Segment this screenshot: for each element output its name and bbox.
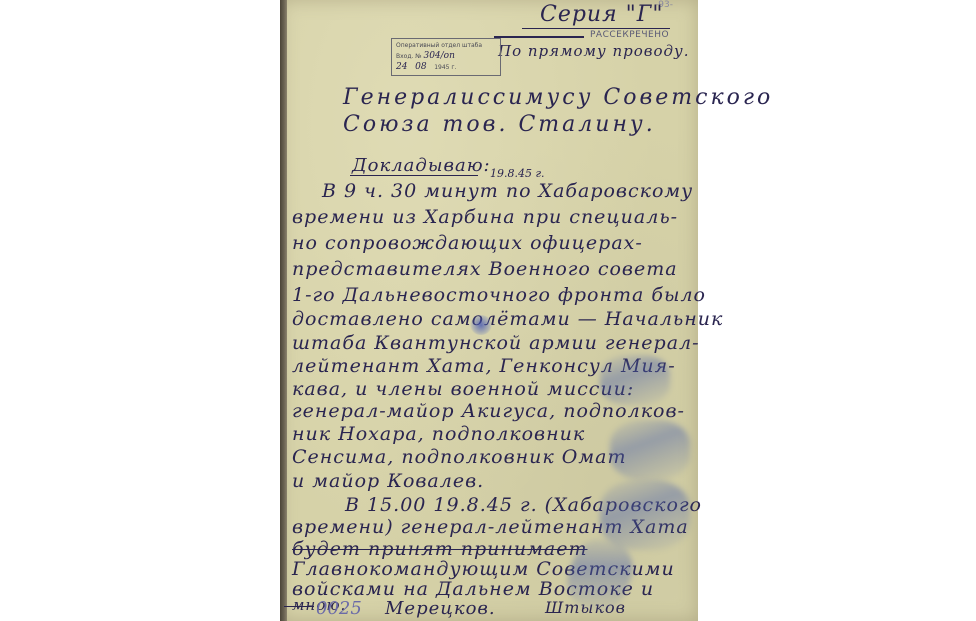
archive-bracket	[284, 606, 314, 607]
classification-underline	[494, 36, 584, 38]
stamp-entry: Вход. № 304/оп	[396, 51, 496, 62]
body-line: и майор Ковалев.	[292, 470, 484, 492]
body-line: кава, и члены военной миссии:	[292, 378, 634, 400]
stamp-entry-label: Вход. №	[396, 53, 422, 60]
addressee-line-2: Союза тов. Сталину.	[343, 112, 656, 137]
inline-date: 19.8.45 г.	[490, 167, 545, 180]
body-line: представителях Военного совета	[292, 258, 678, 280]
stamp-date-month: 08	[415, 62, 426, 72]
body-line: времени из Харбина при специаль-	[292, 206, 678, 228]
declassified-stamp: РАССЕКРЕЧЕНО	[590, 30, 669, 40]
archive-number: 0025	[316, 598, 362, 619]
body-line: Сенсима, подполковник Омат	[292, 446, 626, 468]
transmission-note: По прямому проводу.	[498, 42, 689, 60]
stamp-year: 1945 г.	[434, 64, 456, 71]
body-line: В 9 ч. 30 минут по Хабаровскому	[322, 180, 693, 202]
stamp-header: Оперативный отдел штаба	[396, 40, 496, 51]
heading-underline	[350, 175, 478, 176]
report-heading: Докладываю:	[352, 155, 491, 176]
body-line: ник Нохара, подполковник	[292, 423, 585, 445]
body-line-struck: будет принят принимает	[292, 538, 587, 560]
page-binding-edge	[280, 0, 287, 621]
body-line: но сопровождающих офицерах-	[292, 232, 643, 254]
stamp-date: 24 08 1945 г.	[396, 62, 496, 73]
series-label: Серия "Г"	[540, 2, 663, 27]
series-underline	[522, 28, 670, 29]
registration-stamp: Оперативный отдел штаба Вход. № 304/оп 2…	[391, 38, 501, 76]
signature-meretskov: Мерецков.	[385, 598, 496, 619]
stamp-entry-number: 304/оп	[423, 51, 454, 61]
addressee-line-1: Генералиссимусу Советского	[343, 85, 773, 110]
ink-smear	[600, 355, 670, 405]
ink-smear	[600, 480, 690, 550]
body-line: штаба Квантунской армии генерал-	[292, 332, 700, 354]
body-line: доставлено самолётами — Начальник	[292, 308, 723, 330]
ink-blot	[470, 315, 492, 335]
ink-smear	[610, 420, 690, 480]
body-line: 1-го Дальневосточного фронта было	[292, 284, 706, 306]
stamp-date-day: 24	[396, 62, 407, 72]
